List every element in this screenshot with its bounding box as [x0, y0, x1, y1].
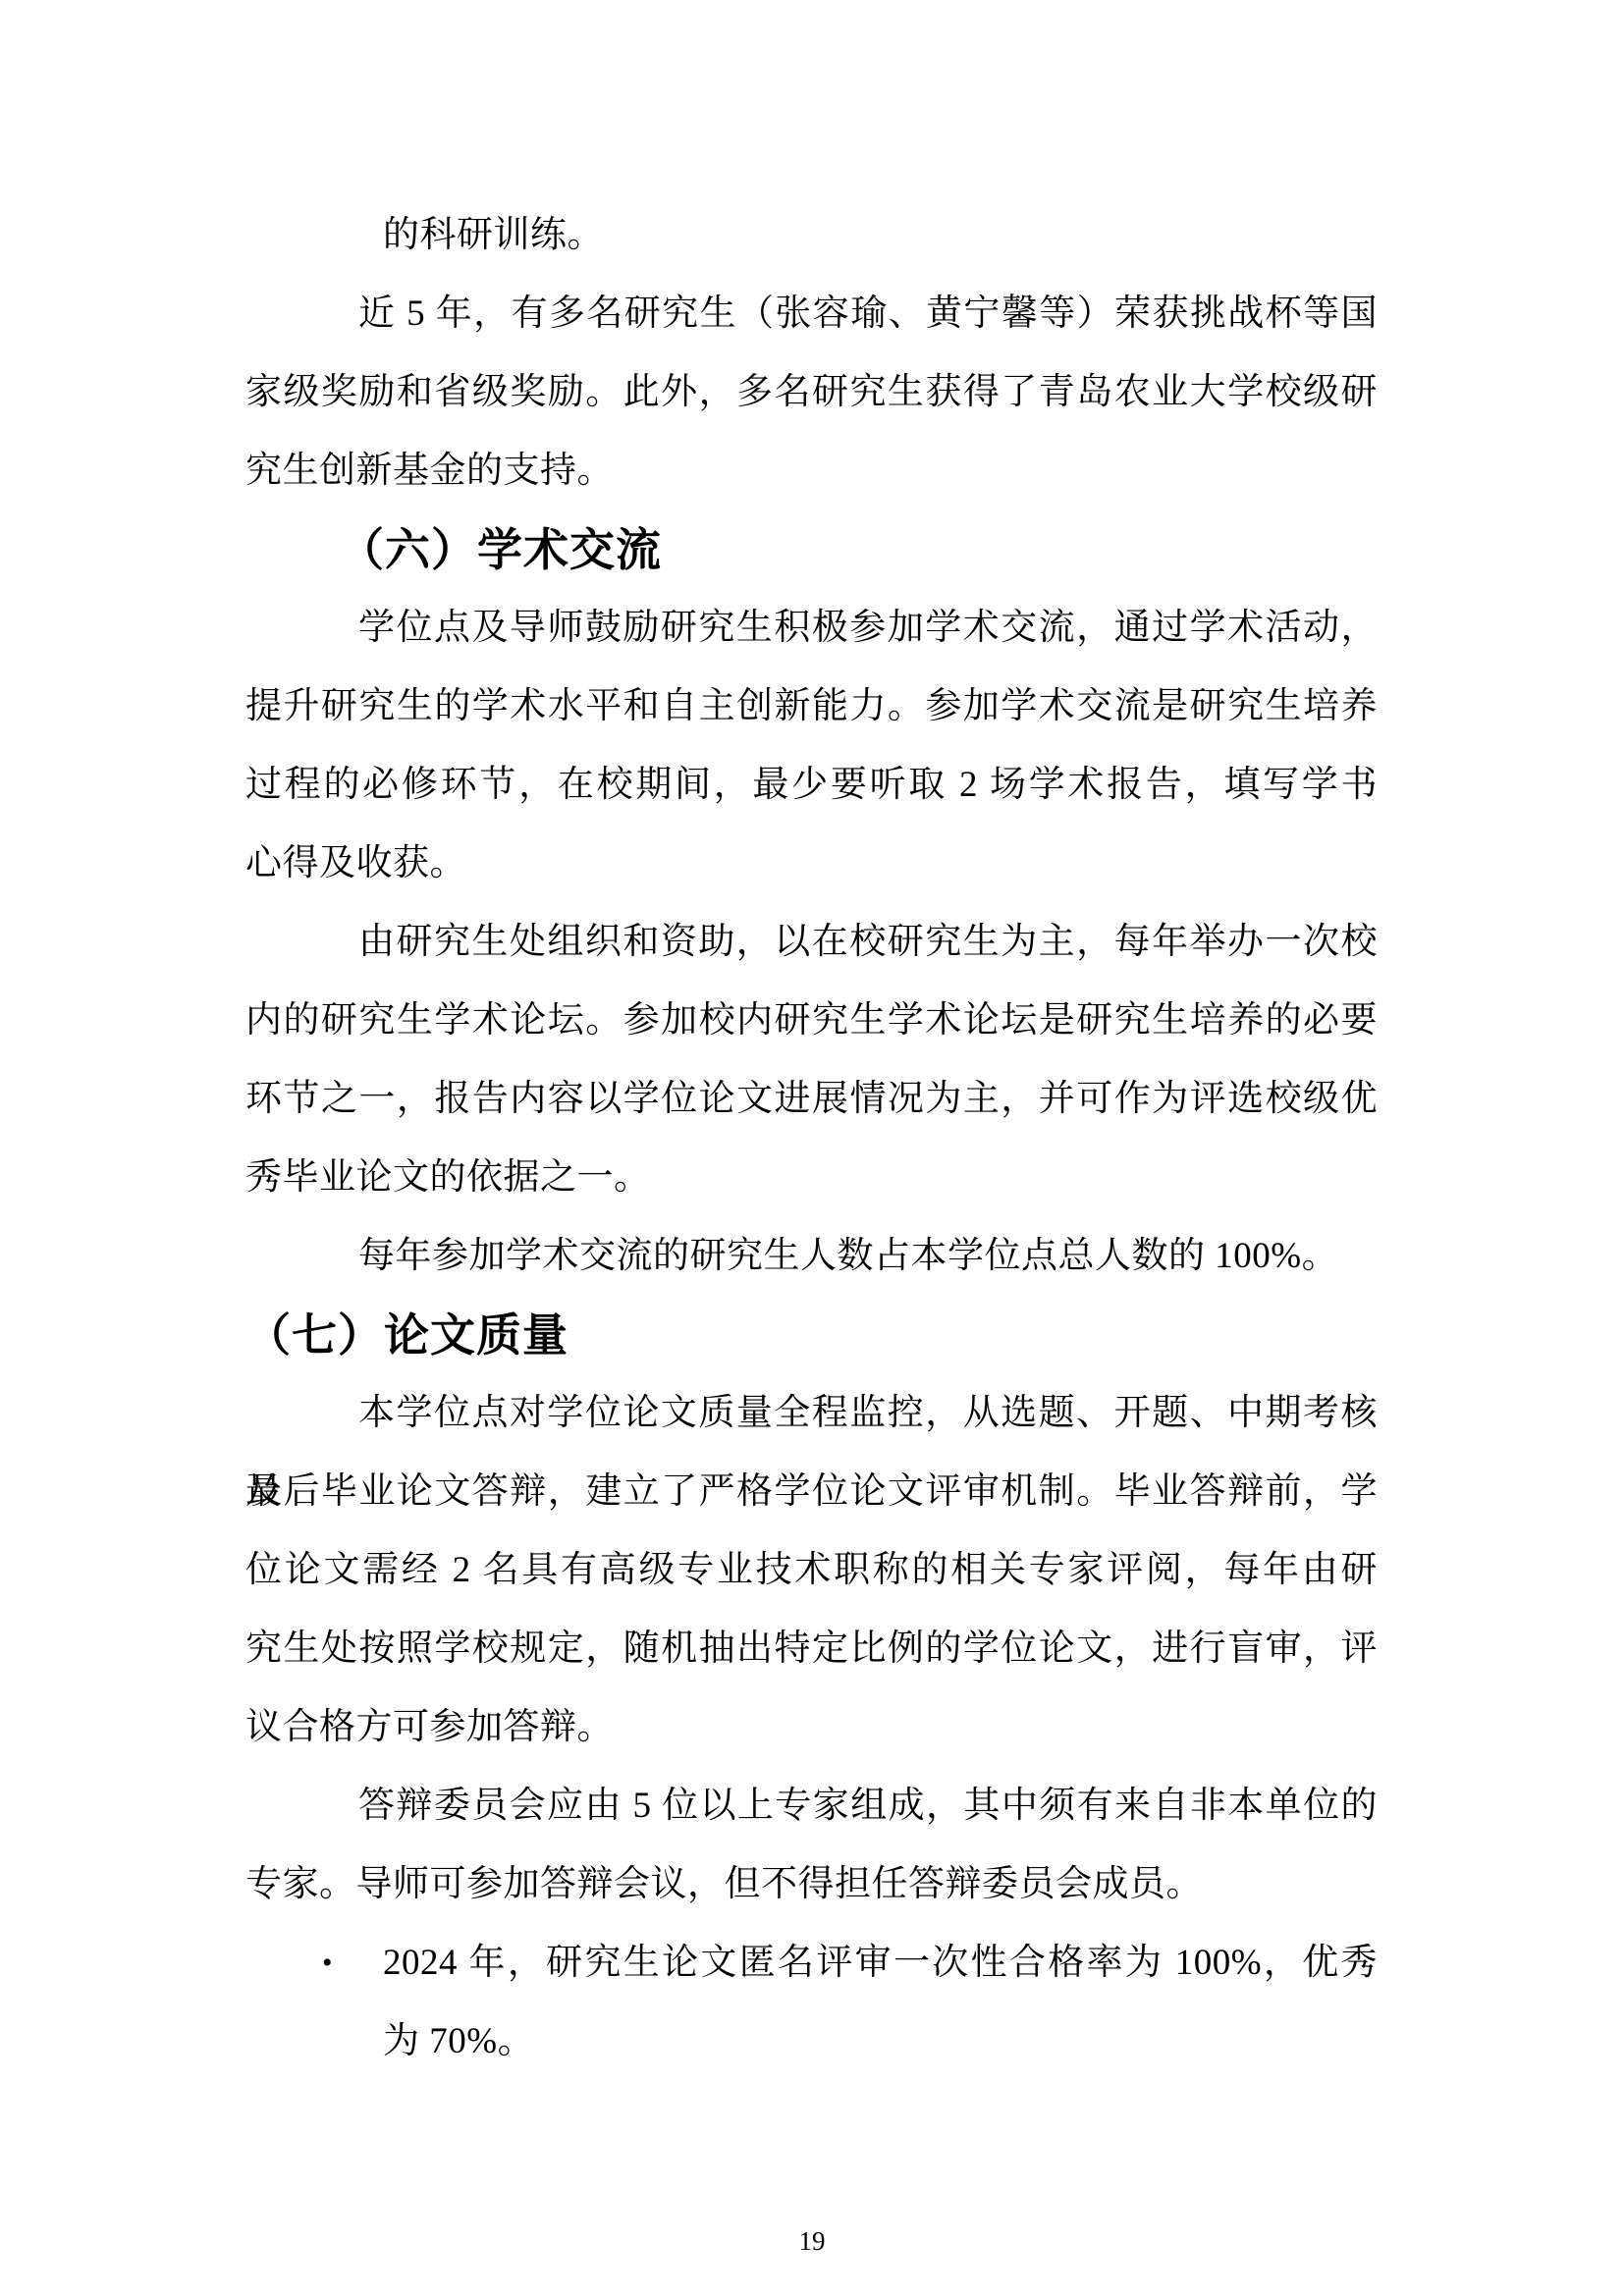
paragraph-line: 环节之一，报告内容以学位论文进展情况为主，并可作为评选校级优	[245, 1060, 1378, 1139]
section-heading-six: （六）学术交流	[245, 510, 1378, 589]
paragraph-line: 究生创新基金的支持。	[245, 432, 1378, 510]
bullet-item-continuation-line: 为 70%。	[245, 2002, 1378, 2081]
paragraph-line: 议合格方可参加答辩。	[245, 1688, 1378, 1767]
paragraph-line: 家级奖励和省级奖励。此外，多名研究生获得了青岛农业大学校级研	[245, 353, 1378, 432]
paragraph-line: 提升研究生的学术水平和自主创新能力。参加学术交流是研究生培养	[245, 667, 1378, 746]
paragraph-line: 究生处按照学校规定，随机抽出特定比例的学位论文，进行盲审，评	[245, 1610, 1378, 1688]
paragraph-line: 过程的必修环节，在校期间，最少要听取 2 场学术报告，填写学书	[245, 746, 1378, 825]
section-heading-seven: （七）论文质量	[245, 1296, 1378, 1374]
paragraph-line: 本学位点对学位论文质量全程监控，从选题、开题、中期考核及	[245, 1374, 1378, 1453]
paragraph-line: 近 5 年，有多名研究生（张容瑜、黄宁馨等）荣获挑战杯等国	[245, 275, 1378, 353]
paragraph-line: 答辩委员会应由 5 位以上专家组成，其中须有来自非本单位的	[245, 1767, 1378, 1845]
paragraph-line: 最后毕业论文答辩，建立了严格学位论文评审机制。毕业答辩前，学	[245, 1453, 1378, 1531]
paragraph-line: 由研究生处组织和资助，以在校研究生为主，每年举办一次校	[245, 903, 1378, 982]
paragraph-line: 学位点及导师鼓励研究生积极参加学术交流，通过学术活动，	[245, 589, 1378, 667]
document-body: 的科研训练。 近 5 年，有多名研究生（张容瑜、黄宁馨等）荣获挑战杯等国 家级奖…	[245, 196, 1378, 2081]
paragraph-line: 位论文需经 2 名具有高级专业技术职称的相关专家评阅，每年由研	[245, 1531, 1378, 1610]
page-number: 19	[0, 2226, 1624, 2257]
bullet-item-line: •2024 年，研究生论文匿名评审一次性合格率为 100%，优秀	[245, 1924, 1378, 2002]
paragraph-line: 秀毕业论文的依据之一。	[245, 1139, 1378, 1217]
paragraph-continuation-line: 的科研训练。	[245, 196, 1378, 275]
paragraph-line: 专家。导师可参加答辩会议，但不得担任答辩委员会成员。	[245, 1845, 1378, 1924]
paragraph-line: 每年参加学术交流的研究生人数占本学位点总人数的 100%。	[245, 1217, 1378, 1296]
bullet-icon: •	[322, 1924, 333, 2002]
paragraph-line: 内的研究生学术论坛。参加校内研究生学术论坛是研究生培养的必要	[245, 982, 1378, 1060]
bullet-item-text: 2024 年，研究生论文匿名评审一次性合格率为 100%，优秀	[383, 1943, 1378, 1983]
document-page: 的科研训练。 近 5 年，有多名研究生（张容瑜、黄宁馨等）荣获挑战杯等国 家级奖…	[0, 0, 1624, 2296]
paragraph-line: 心得及收获。	[245, 825, 1378, 903]
